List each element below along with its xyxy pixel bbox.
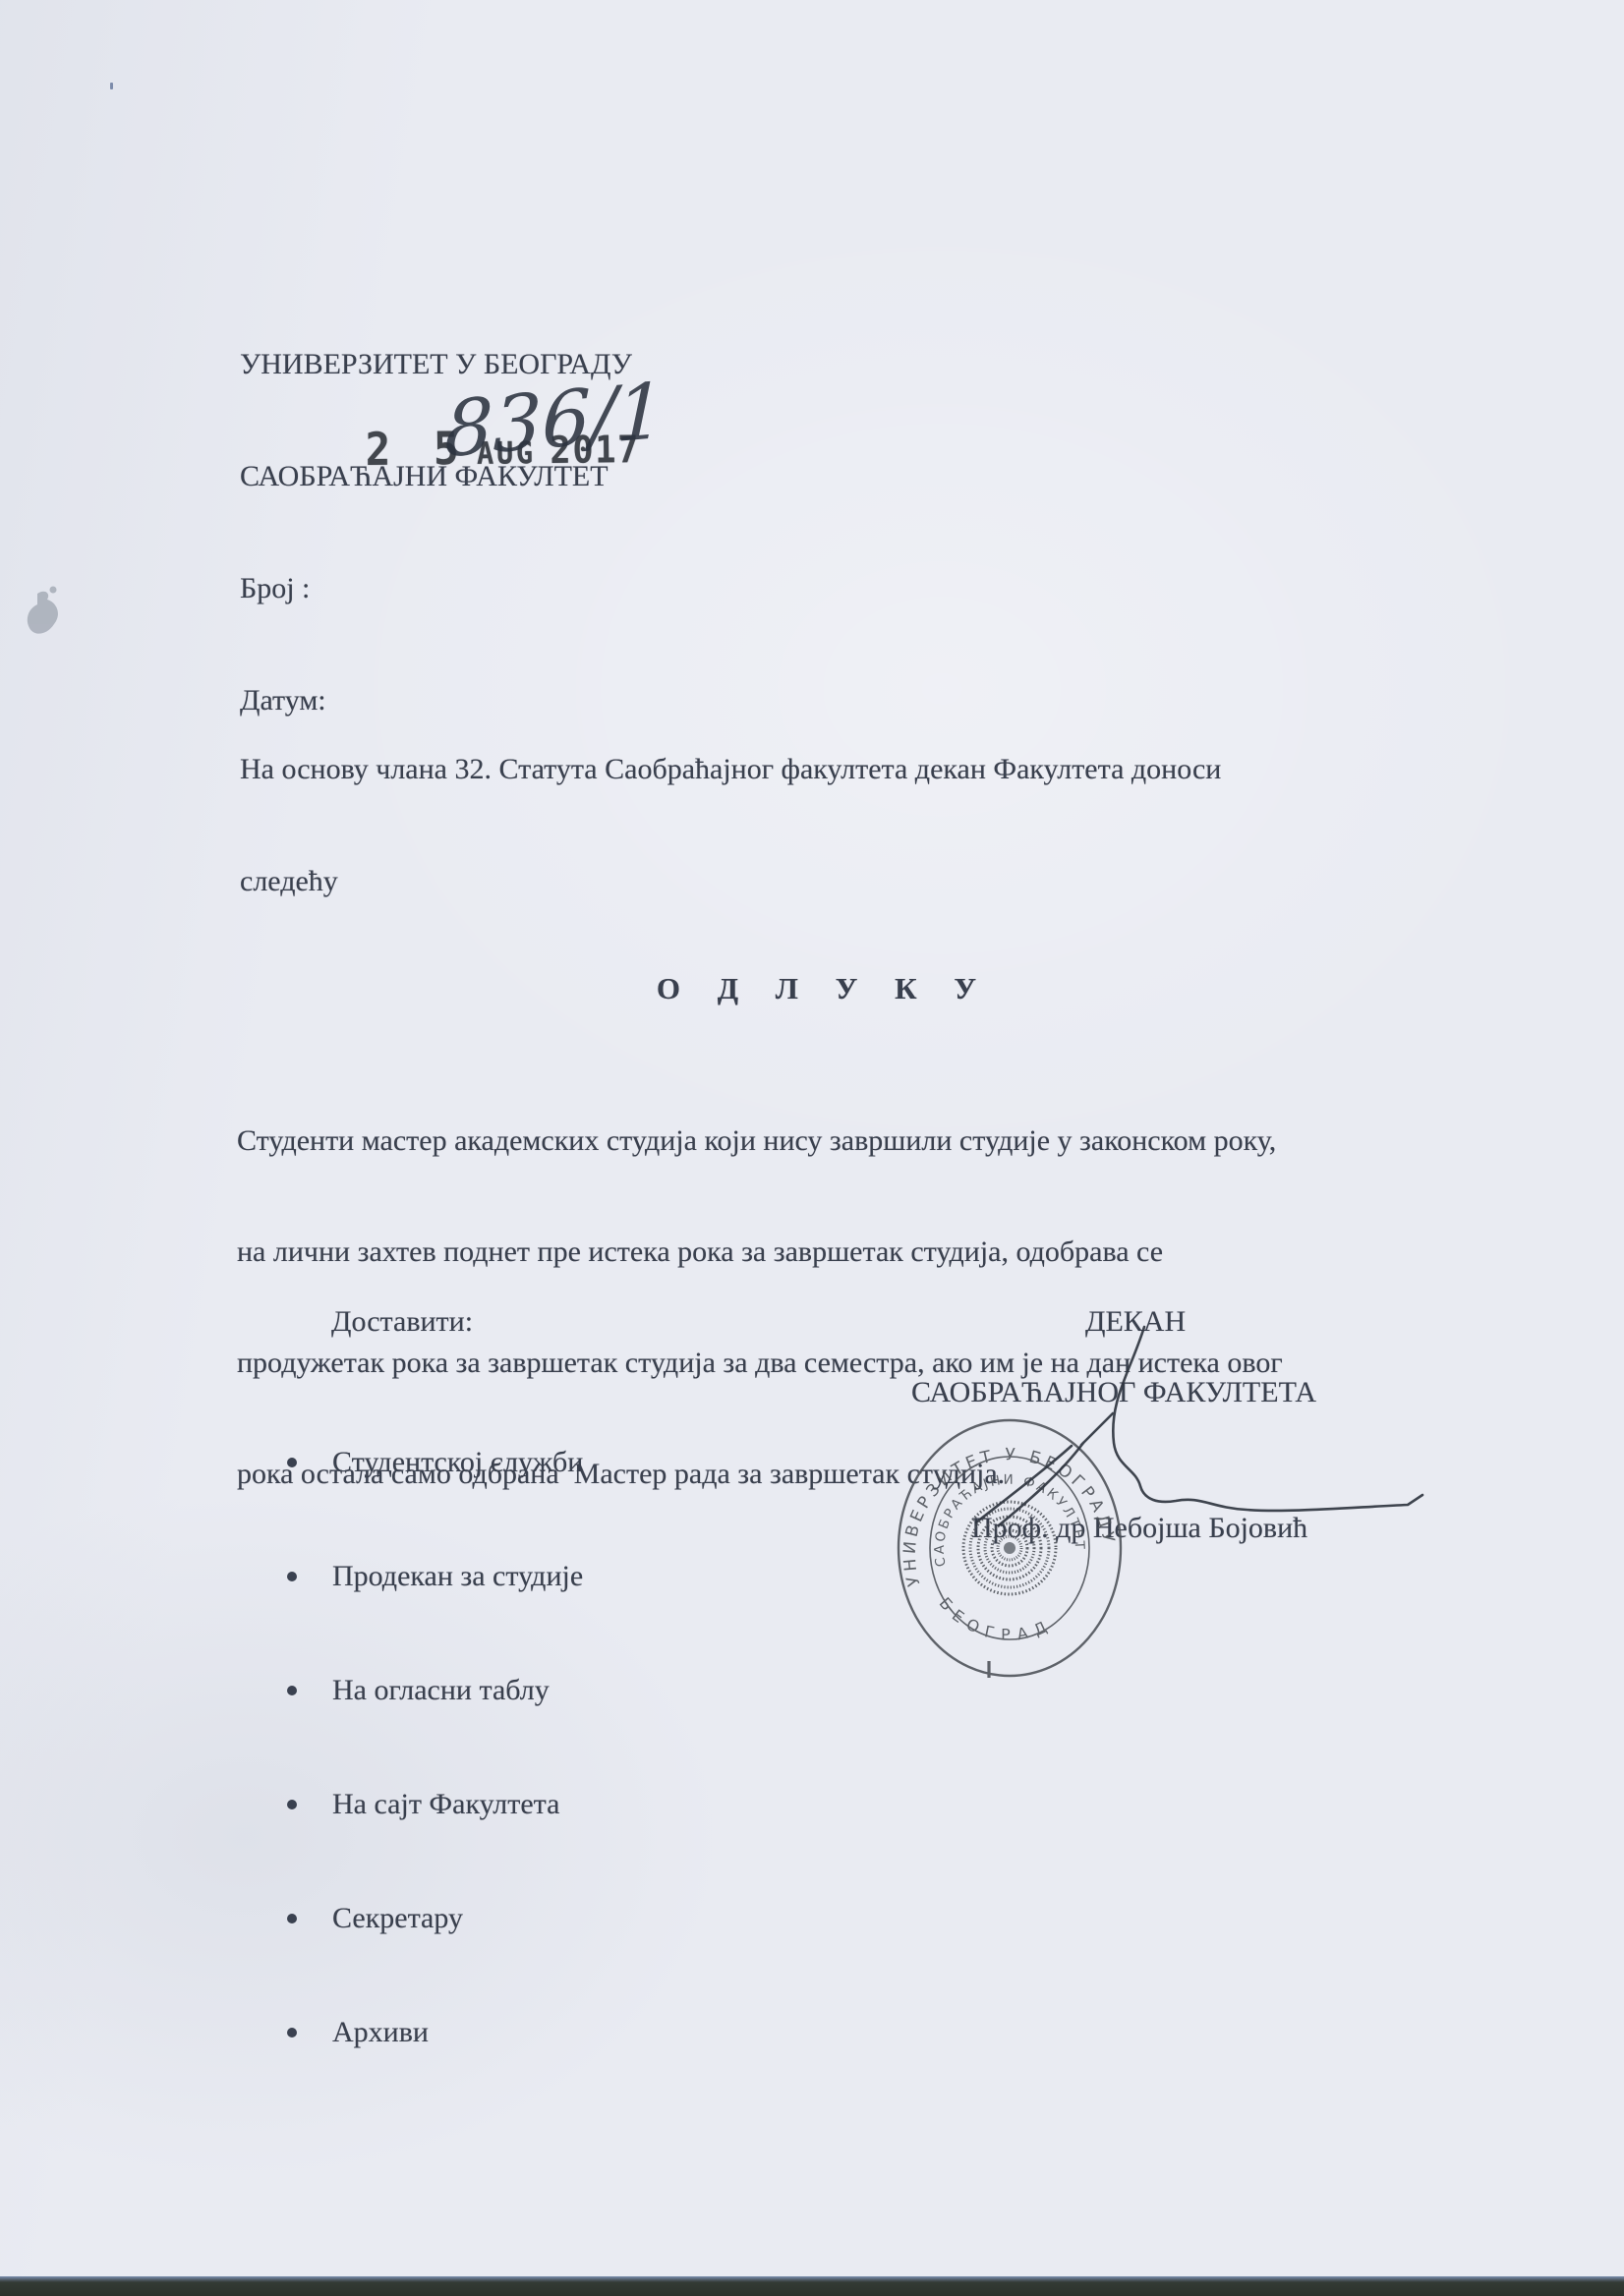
date-stamp-day: 2 5 <box>366 426 469 472</box>
list-item-label: На огласни таблу <box>332 1672 550 1709</box>
distribution-label: Доставити: <box>331 1303 473 1341</box>
list-item-label: На сајт Факултета <box>332 1786 559 1823</box>
dean-faculty-line: САОБРАЋАЈНОГ ФАКУЛТЕТА <box>911 1374 1316 1411</box>
bullet-dot <box>287 1800 297 1809</box>
number-label: Број : <box>240 570 632 607</box>
date-stamp-month: AUG <box>477 436 536 471</box>
decision-title: О Д Л У К У <box>240 971 1400 1006</box>
date-stamp-year: 2017 <box>550 430 640 470</box>
intro-line: На основу члана 32. Статута Саобраћајног… <box>240 751 1221 788</box>
intro-paragraph: На основу члана 32. Статута Саобраћајног… <box>240 676 1221 975</box>
paper-speck <box>110 83 113 89</box>
dean-name: Проф. др Небојша Бојовић <box>971 1510 1307 1547</box>
list-item: На огласни таблу <box>287 1671 583 1710</box>
date-stamp: 2 5 AUG 2017 <box>366 424 641 472</box>
svg-text:БЕОГРАД: БЕОГРАД <box>936 1593 1057 1643</box>
ink-smudge <box>28 587 58 634</box>
university-name: УНИВЕРЗИТЕТ У БЕОГРАДУ <box>240 346 632 383</box>
bullet-dot <box>287 1686 297 1695</box>
list-item: Секретару <box>287 1899 583 1938</box>
bullet-dot <box>287 1914 297 1923</box>
bullet-dot <box>287 2028 297 2038</box>
dean-label: ДЕКАН <box>1085 1303 1186 1341</box>
distribution-list: Студентској служби Продекан за студије Н… <box>287 1368 583 2127</box>
seal-text-bottom: БЕОГРАД <box>936 1593 1057 1643</box>
scanned-document-page: УНИВЕРЗИТЕТ У БЕОГРАДУ САОБРАЋАЈНИ ФАКУЛ… <box>0 0 1624 2296</box>
list-item: Студентској служби <box>287 1443 583 1482</box>
scan-edge-bottom <box>0 2276 1624 2296</box>
body-line: Студенти мастер академских студија који … <box>237 1122 1283 1159</box>
intro-line: следећу <box>240 863 1221 900</box>
list-item: На сајт Факултета <box>287 1785 583 1824</box>
list-item-label: Студентској служби <box>332 1444 583 1481</box>
list-item-label: Секретару <box>332 1900 463 1937</box>
list-item-label: Продекан за студије <box>332 1558 583 1595</box>
bullet-dot <box>287 1458 297 1467</box>
list-item: Архиви <box>287 2013 583 2052</box>
body-line: на лични захтев поднет пре истека рока з… <box>237 1234 1283 1270</box>
list-item: Продекан за студије <box>287 1557 583 1596</box>
list-item-label: Архиви <box>332 2014 429 2051</box>
bullet-dot <box>287 1572 297 1581</box>
